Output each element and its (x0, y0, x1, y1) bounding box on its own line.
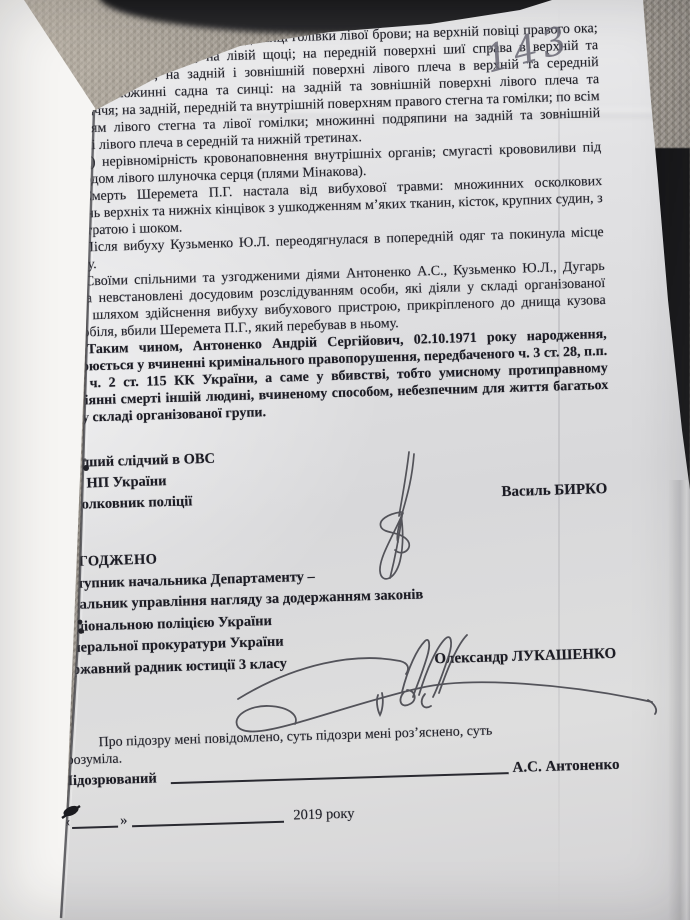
prosecutor-name: Олександр ЛУКАШЕНКО (434, 643, 616, 670)
investigator-signature-block: Старший слідчий в ОВС ГСУ НП України під… (52, 437, 612, 517)
signature-blank-line (171, 772, 509, 784)
suspect-label: Підозрюваний (61, 771, 156, 791)
page-content: 5 143 та хвоста правої брови, а також в … (39, 2, 621, 831)
body-paragraph-charge: Таким чином, Антоненко Андрій Сергійович… (49, 326, 609, 428)
date-day-blank (72, 826, 118, 829)
date-year-label: 2019 року (293, 806, 355, 825)
date-row: « » 2019 року (63, 798, 621, 832)
suspect-name: А.С. Антоненко (512, 757, 619, 777)
date-quote-close: » (120, 812, 128, 829)
document-page: 5 143 та хвоста правої брови, а також в … (0, 0, 690, 920)
date-month-blank (132, 821, 284, 828)
investigator-name: Василь БИРКО (501, 479, 611, 503)
document-photo: 5 143 та хвоста правої брови, а також в … (0, 0, 690, 920)
approval-block: ПОГОДЖЕНО Заступник начальника Департаме… (55, 536, 617, 681)
